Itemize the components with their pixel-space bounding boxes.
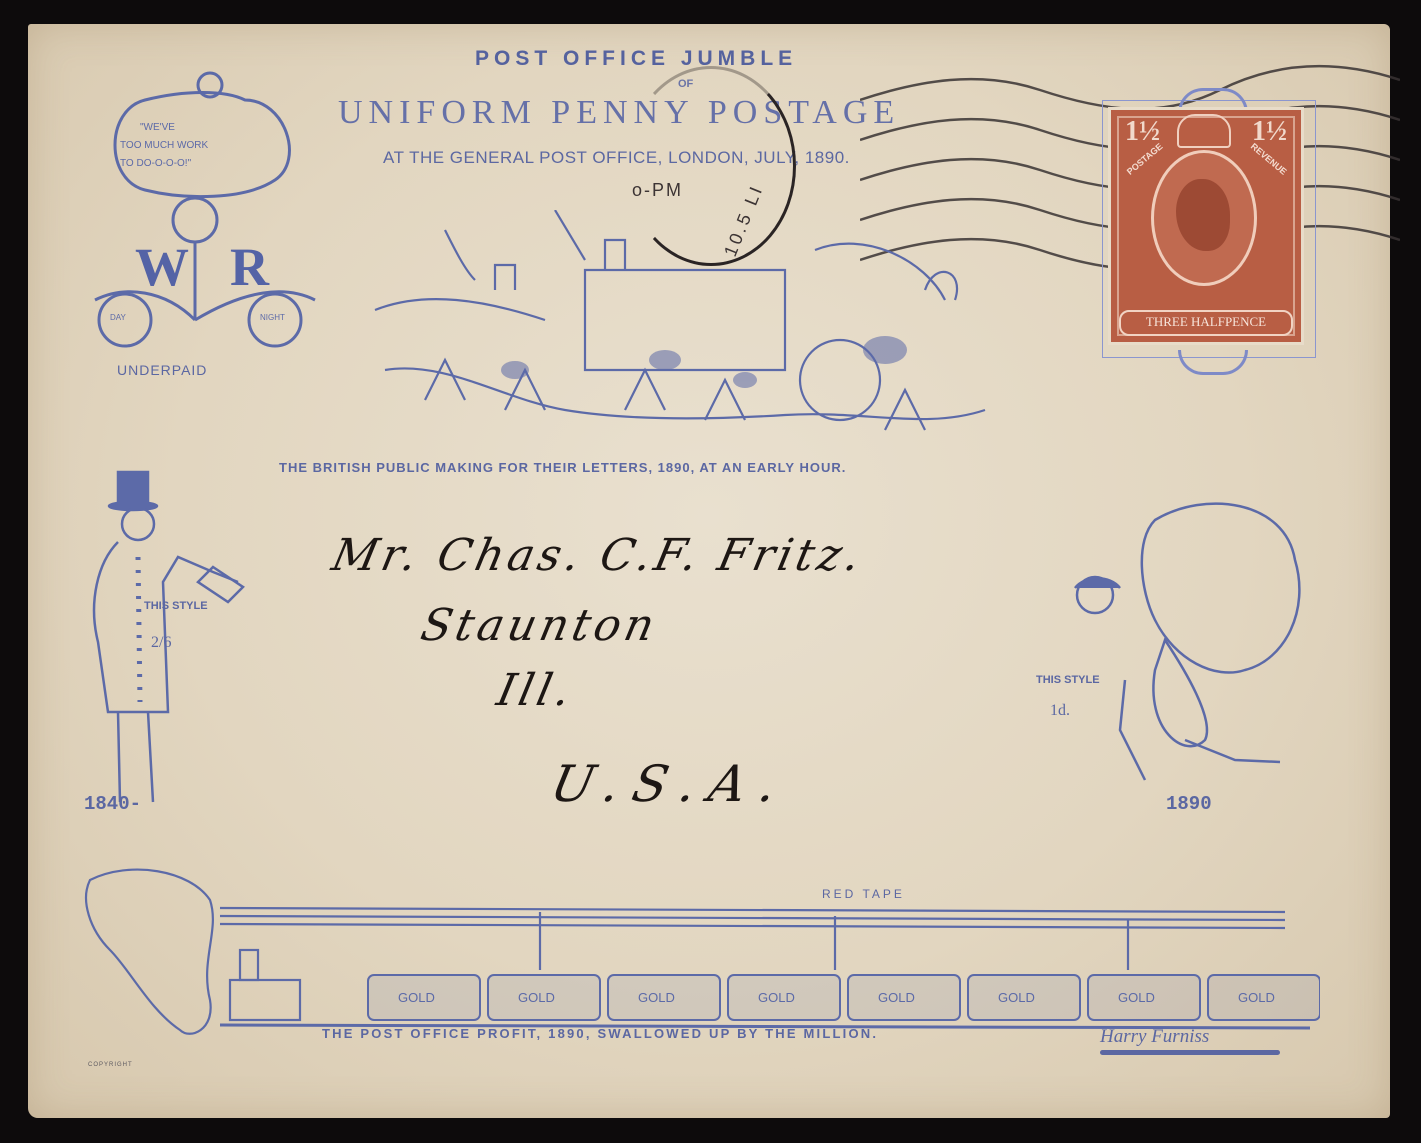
svg-text:DAY: DAY bbox=[110, 313, 127, 322]
crowd-caption: THE BRITISH PUBLIC MAKING FOR THEIR LETT… bbox=[279, 460, 846, 475]
svg-text:GOLD: GOLD bbox=[398, 990, 435, 1005]
svg-text:R: R bbox=[230, 237, 270, 297]
postman-1890-illustration bbox=[1065, 500, 1315, 790]
underpaid-label: UNDERPAID bbox=[117, 362, 207, 378]
address-city: Staunton bbox=[417, 600, 663, 651]
svg-text:GOLD: GOLD bbox=[878, 990, 915, 1005]
svg-text:TO DO-O-O-O!": TO DO-O-O-O!" bbox=[120, 158, 192, 169]
copyright-label: COPYRIGHT bbox=[88, 1062, 133, 1068]
stamp-portrait-oval bbox=[1151, 150, 1257, 286]
underpaid-cartoon: W R "WE'VE TOO MUCH WORK TO DO-O-O-O!" D… bbox=[85, 70, 335, 360]
header-subtitle: UNIFORM PENNY POSTAGE bbox=[338, 94, 900, 132]
svg-text:GOLD: GOLD bbox=[1118, 990, 1155, 1005]
style-label-1890: THIS STYLE bbox=[1036, 674, 1100, 687]
svg-text:GOLD: GOLD bbox=[1238, 990, 1275, 1005]
style-label-1840: THIS STYLE bbox=[144, 600, 208, 613]
crown-icon bbox=[1177, 114, 1231, 148]
postmark-time: o-PM bbox=[632, 180, 683, 201]
address-state: Ill. bbox=[493, 665, 579, 716]
red-tape-label: RED TAPE bbox=[822, 887, 905, 901]
svg-text:NIGHT: NIGHT bbox=[260, 313, 285, 322]
svg-text:TOO MUCH WORK: TOO MUCH WORK bbox=[120, 140, 208, 151]
signature-underline bbox=[1100, 1050, 1280, 1055]
svg-text:GOLD: GOLD bbox=[758, 990, 795, 1005]
postage-stamp: 1½ 1½ POSTAGE REVENUE THREE HALFPENCE bbox=[1111, 110, 1301, 342]
profit-caption: THE POST OFFICE PROFIT, 1890, SWALLOWED … bbox=[322, 1026, 878, 1041]
svg-text:W: W bbox=[135, 237, 189, 297]
crowd-coach-cartoon bbox=[365, 210, 1005, 450]
year-1840: 1840- bbox=[84, 793, 141, 815]
svg-text:GOLD: GOLD bbox=[638, 990, 675, 1005]
header-title: POST OFFICE JUMBLE bbox=[475, 47, 797, 71]
king-portrait-icon bbox=[1176, 179, 1230, 251]
price-1890: 1d. bbox=[1050, 702, 1070, 720]
address-country: U.S.A. bbox=[546, 755, 796, 813]
gold-train-cartoon: GOLDGOLDGOLDGOLDGOLDGOLDGOLDGOLD bbox=[70, 860, 1320, 1040]
svg-text:"WE'VE: "WE'VE bbox=[140, 122, 175, 133]
stamp-denomination: THREE HALFPENCE bbox=[1119, 310, 1293, 336]
year-1890: 1890 bbox=[1166, 793, 1212, 815]
artist-signature: Harry Furniss bbox=[1100, 1026, 1209, 1048]
svg-text:GOLD: GOLD bbox=[518, 990, 555, 1005]
address-recipient: Mr. Chas. C.F. Fritz. bbox=[328, 530, 869, 581]
price-1840: 2/6 bbox=[151, 634, 171, 652]
svg-text:GOLD: GOLD bbox=[998, 990, 1035, 1005]
